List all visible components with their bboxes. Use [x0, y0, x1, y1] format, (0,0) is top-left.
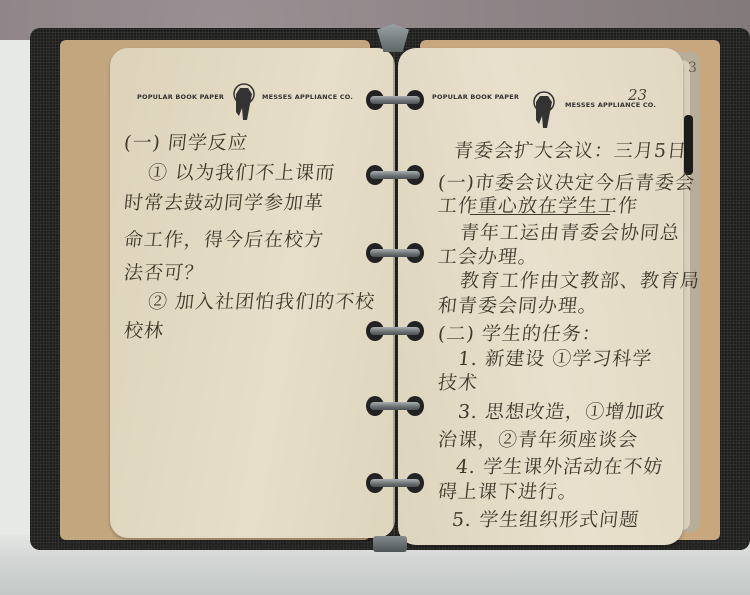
right-line-11: 3. 思想改造，①增加政	[457, 403, 666, 422]
binder-ring	[366, 92, 424, 108]
left-line-2: ① 以为我们不上课而	[147, 164, 336, 183]
page-number: 23	[628, 86, 647, 104]
elephant-logo-icon	[530, 90, 558, 130]
right-line-14: 碍上课下进行。	[437, 483, 579, 502]
binder-ring	[366, 475, 424, 491]
right-line-2: (一)市委会议决定今后青委会	[437, 174, 696, 193]
binder-ring	[366, 245, 424, 261]
right-header-brand: POPULAR BOOK PAPER	[432, 93, 519, 101]
right-line-10: 技术	[437, 374, 479, 393]
page-fold	[393, 52, 395, 538]
left-line-6: ② 加入社团怕我们的不校	[147, 293, 376, 312]
right-line-15: 5. 学生组织形式问题	[451, 511, 640, 530]
elephant-logo-icon	[230, 82, 258, 122]
underlying-page-number: 3	[688, 60, 697, 76]
left-line-5: 法否可？	[123, 264, 205, 283]
right-line-13: 4. 学生课外活动在不妨	[455, 458, 664, 477]
right-line-8: (二) 学生的任务：	[437, 325, 603, 344]
right-line-7: 和青委会同办理。	[437, 297, 599, 316]
binder-ring	[366, 398, 424, 414]
binder-clip-bottom	[373, 536, 407, 552]
right-line-5: 工会办理。	[437, 248, 539, 267]
left-line-7: 校林	[123, 322, 165, 341]
right-line-12: 治课，②青年须座谈会	[437, 431, 639, 450]
binder-ring	[366, 167, 424, 183]
right-line-9: 1. 新建设 ①学习科学	[457, 350, 653, 369]
left-line-4: 命工作，得今后在校方	[123, 231, 325, 250]
right-line-1: 青委会扩大会议：三月5日	[453, 142, 688, 161]
right-line-6: 教育工作由文教部、教育局	[459, 272, 701, 291]
underline	[470, 214, 610, 215]
left-header-brand: POPULAR BOOK PAPER	[137, 93, 224, 101]
binder-ring	[366, 323, 424, 339]
left-line-3: 时常去鼓动同学参加革	[123, 194, 325, 213]
left-line-1: (一) 同学反应	[123, 134, 249, 153]
left-header-company: MESSES APPLIANCE CO.	[262, 93, 353, 101]
right-line-4: 青年工运由青委会协同总	[459, 224, 681, 243]
